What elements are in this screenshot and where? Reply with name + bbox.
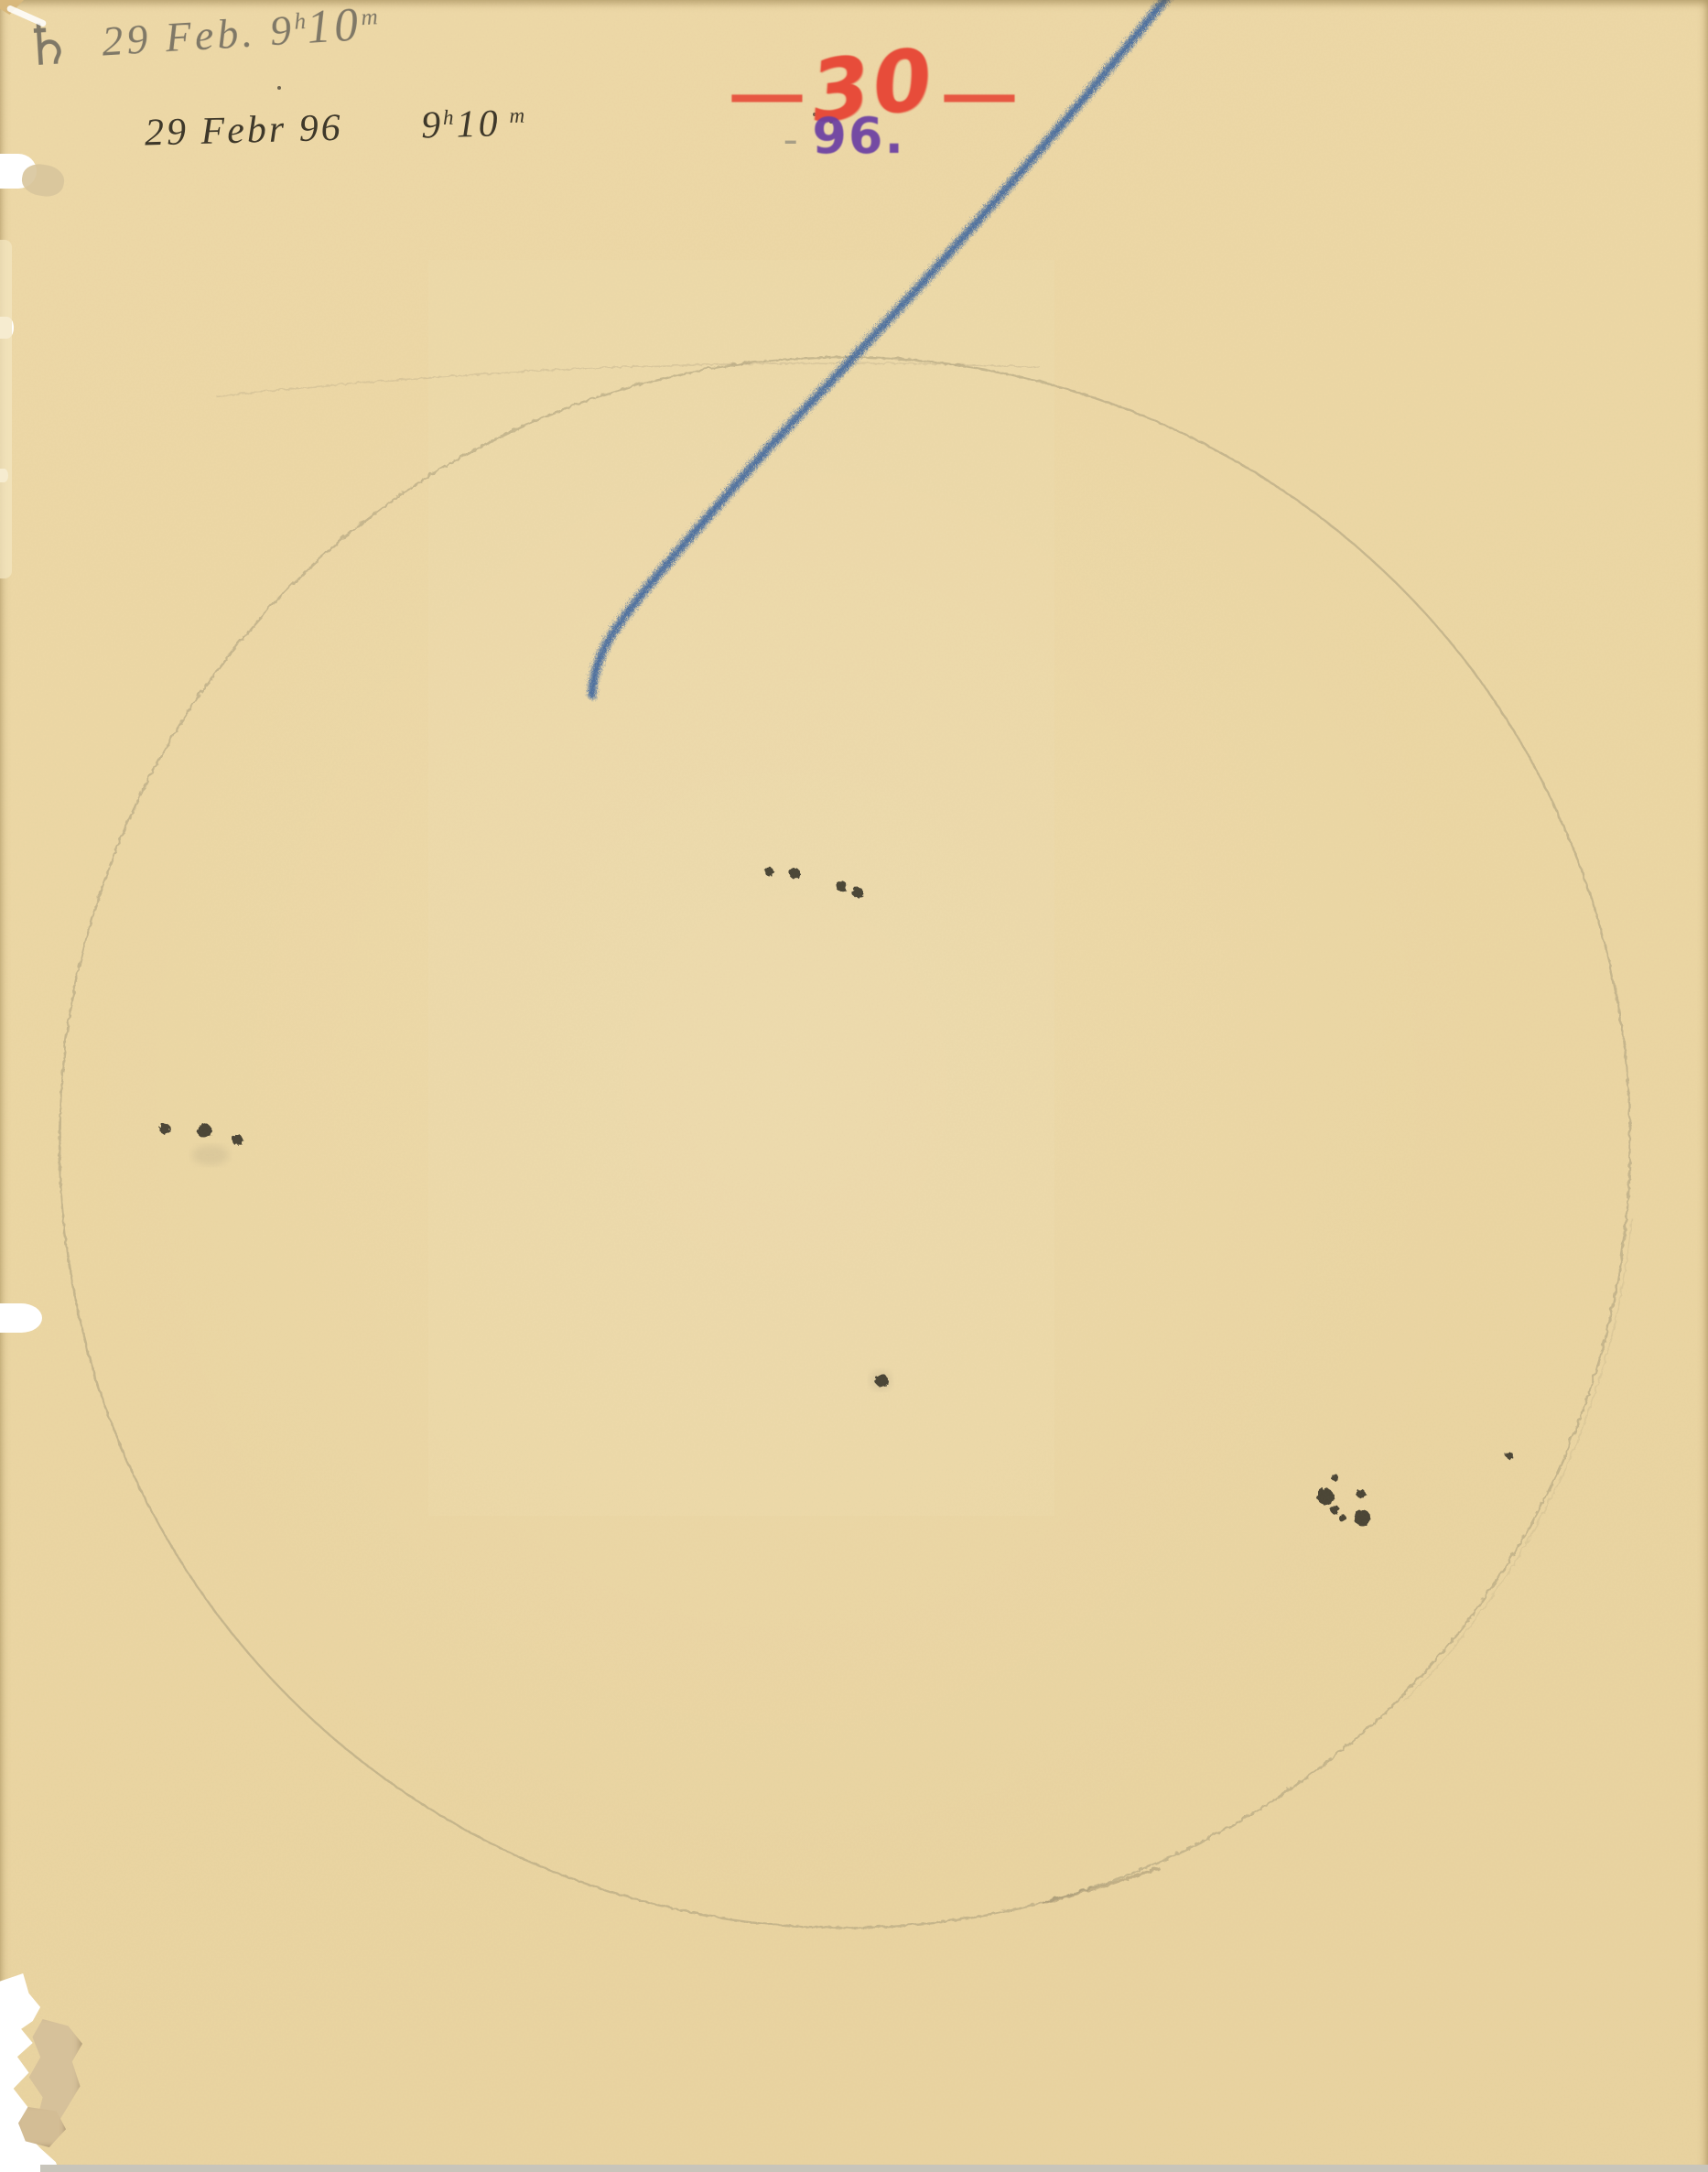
stamp-pencil-dash: - [784, 117, 797, 159]
purple-year-stamp: - 96. [784, 112, 905, 161]
edge-vignette [0, 0, 1708, 2172]
scan-bed-bottom-strip [40, 2165, 1708, 2172]
ink-minute-unit: m [509, 103, 527, 128]
stamp-number-value: 96. [812, 112, 905, 161]
ink-minute-value: 10 [456, 103, 501, 146]
ink-note-time: 9h10m [421, 103, 528, 147]
ink-hour-value: 9 [421, 104, 444, 147]
left-edge-peel-strip [0, 240, 12, 578]
ink-note-date: 29 Febr 96 [144, 107, 343, 155]
pencil-minute-unit: m [361, 4, 380, 30]
scanned-sunspot-drawing-page: ♄ 29 Feb. 9h10m 29 Febr 96 9h10m — 30 — … [0, 0, 1708, 2172]
pencil-note-date: 29 Feb. [101, 8, 257, 64]
pencil-minute-value: 10 [306, 0, 363, 54]
ink-hour-unit: h [443, 105, 457, 129]
left-edge-tear-4 [0, 1303, 42, 1333]
red-dash-right: — [940, 61, 1019, 129]
pencil-hour-value: 9 [268, 6, 296, 55]
